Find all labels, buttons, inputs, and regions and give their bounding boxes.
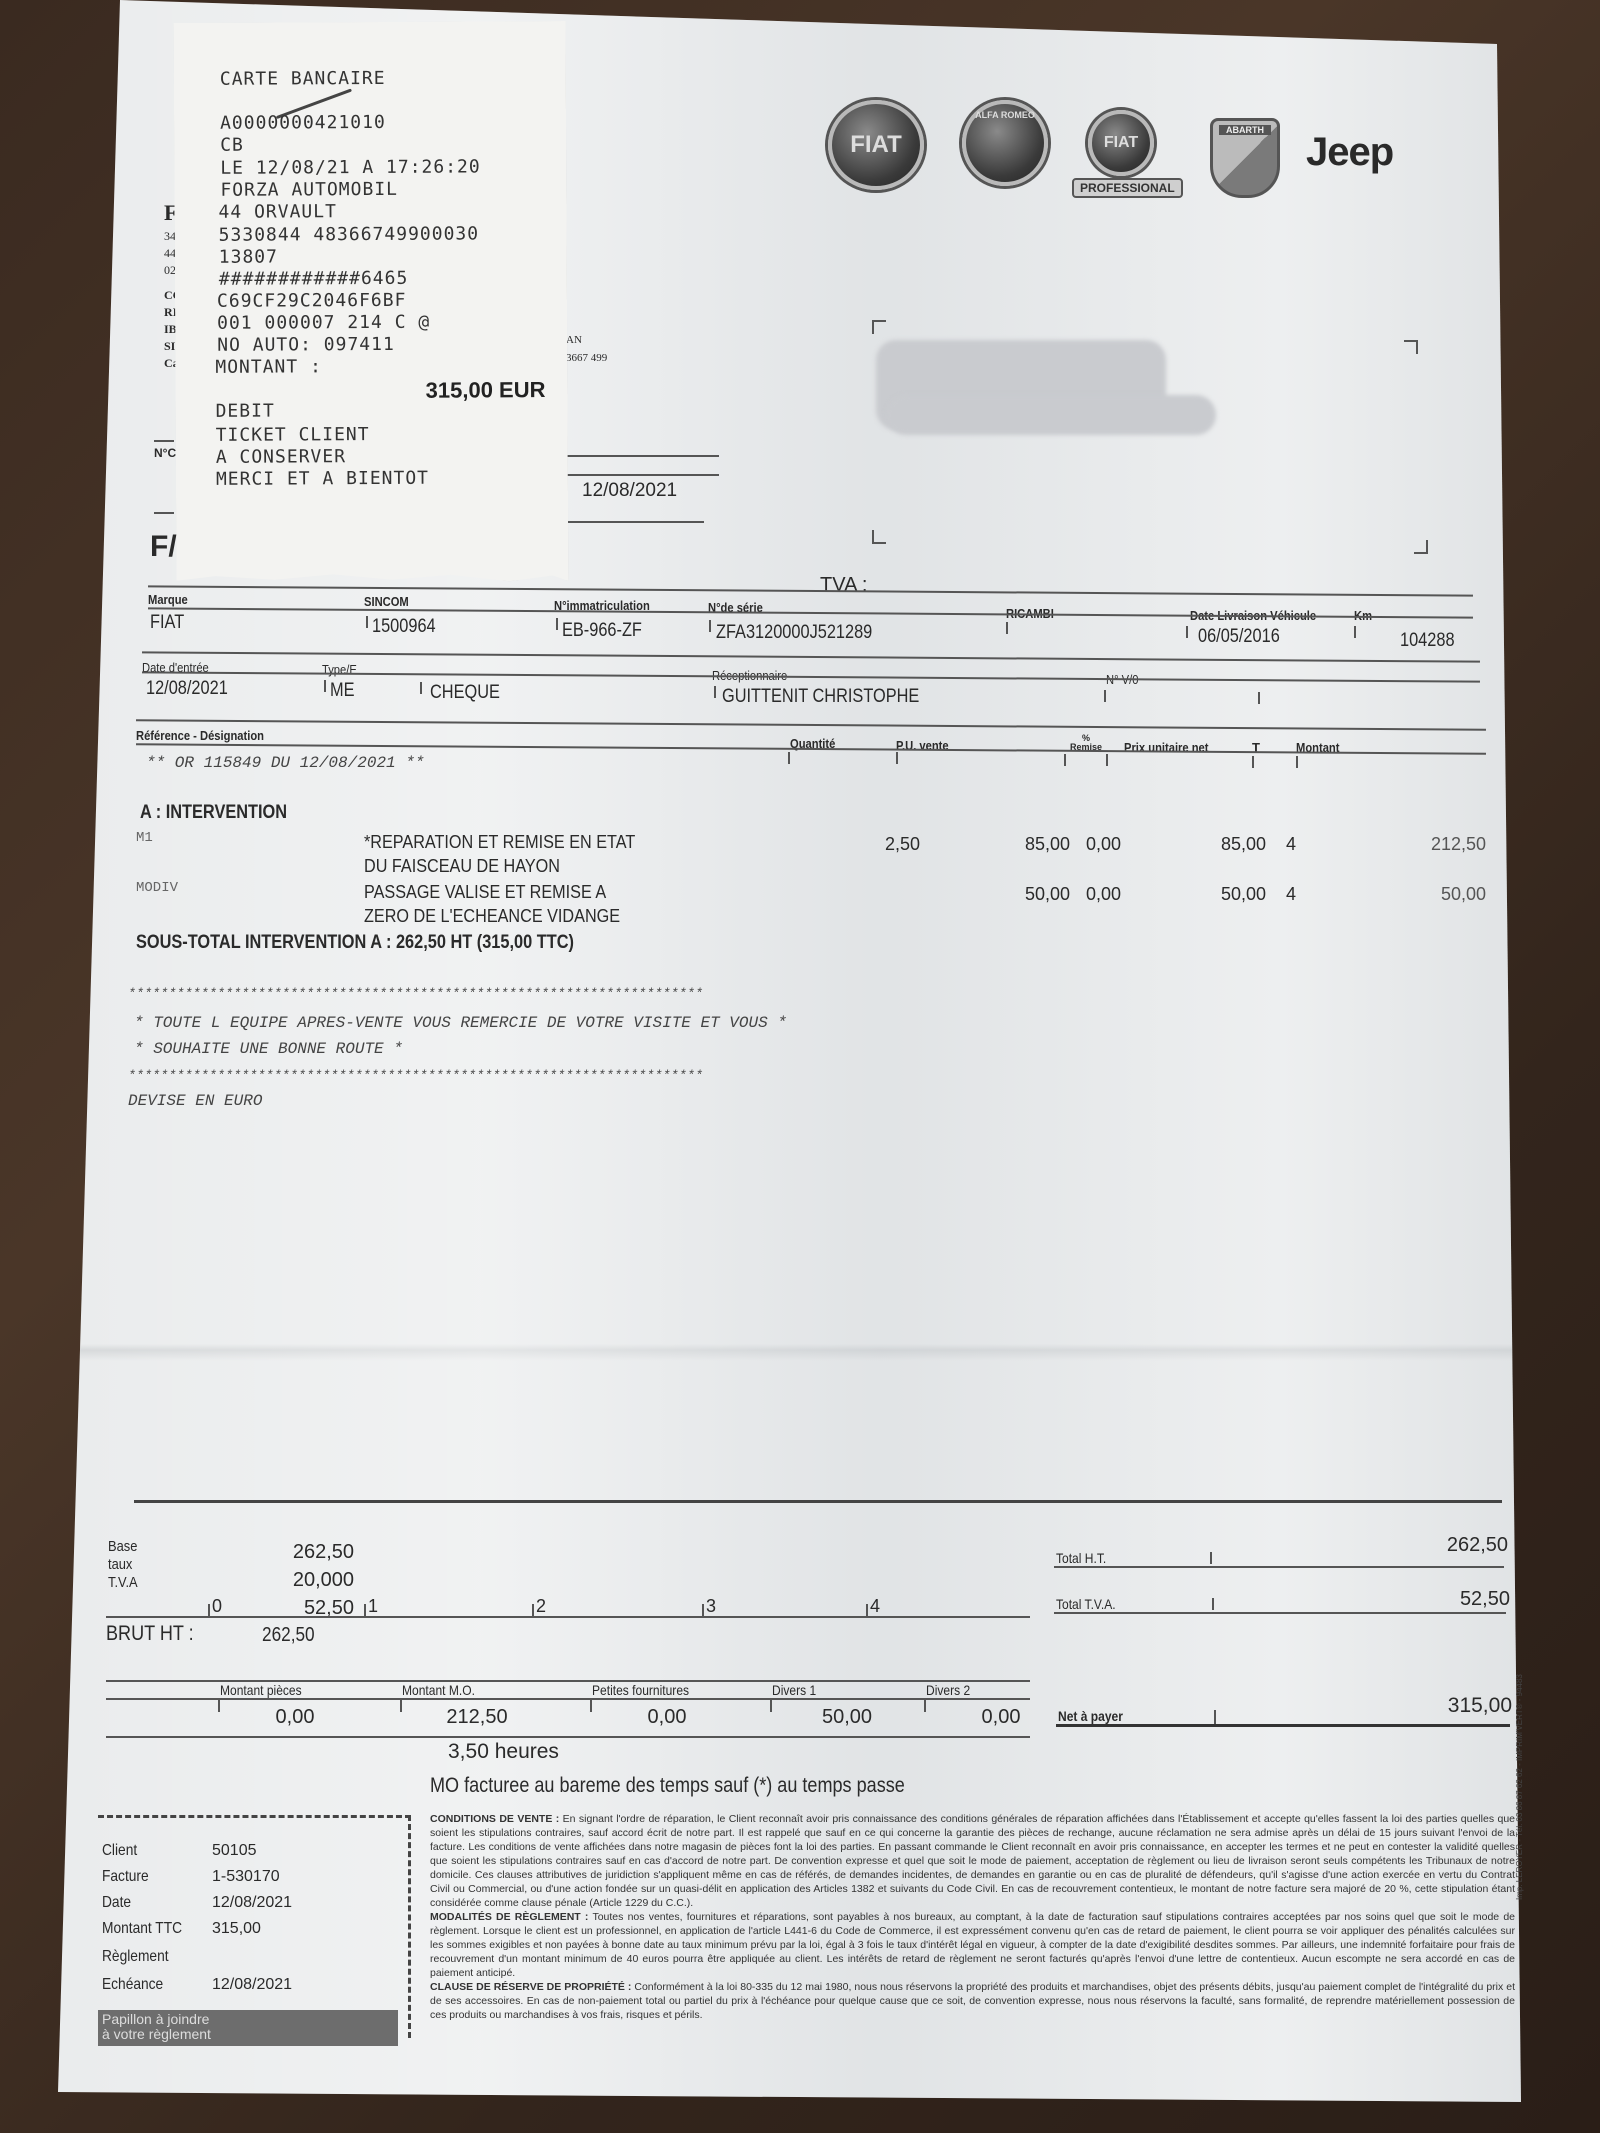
vehicle-marque: FIAT — [150, 612, 190, 634]
field-tick — [1186, 626, 1188, 638]
address-window-corner — [1414, 540, 1428, 554]
card-receipt: CARTE BANCAIRE A0000000421010 CB LE 12/0… — [174, 21, 569, 583]
vat-column-label: 0 — [212, 1596, 222, 1617]
breakdown-label: Montant pièces — [220, 1682, 315, 1698]
divider — [544, 455, 719, 457]
mo-note: MO facturee au bareme des temps sauf (*)… — [430, 1774, 982, 1798]
vehicle-livraison: 06/05/2016 — [1198, 626, 1293, 648]
fiat-professional-logo: FIAT — [1088, 110, 1154, 176]
receipt-amount: 315,00 EUR — [426, 377, 546, 404]
invoice-date: 12/08/2021 — [582, 480, 677, 502]
field-tick — [324, 680, 326, 692]
order-reference: ** OR 115849 DU 12/08/2021 ** — [146, 754, 424, 772]
stars-bottom: ****************************************… — [128, 1068, 703, 1083]
alfa-romeo-logo: ALFA ROMEO — [962, 100, 1048, 186]
field-tick — [1210, 1552, 1212, 1564]
field-tick — [1212, 1598, 1214, 1610]
breakdown-label: Divers 1 — [772, 1682, 823, 1698]
field-tick — [420, 682, 422, 694]
vat-column-tick — [866, 1604, 868, 1616]
printer-note: Imp. LEROYER - Tél. 03 86 87 62 62 - IMP… — [1515, 1674, 1524, 1900]
receipt-amount-label: MONTANT : — [215, 356, 322, 378]
breakdown-value: 0,00 — [946, 1706, 1056, 1729]
vat-column-tick — [364, 1604, 366, 1616]
line-desc: *REPARATION ET REMISE EN ETAT — [364, 832, 635, 853]
receipt-scheme: CB — [220, 135, 244, 156]
line-t: 4 — [1286, 884, 1296, 905]
stub-band: Papillon à joindreà votre règlement — [98, 2010, 398, 2046]
address-window-corner — [872, 320, 886, 334]
field-tick — [1214, 1710, 1216, 1724]
abarth-logo: ABARTH — [1210, 118, 1280, 198]
divider — [154, 512, 174, 514]
divider — [134, 1500, 1502, 1503]
divider — [106, 1736, 1030, 1738]
breakdown-value: 50,00 — [792, 1706, 902, 1729]
field-tick — [1296, 756, 1298, 768]
receipt-city: 44 ORVAULT — [218, 201, 336, 223]
field-tick — [366, 616, 368, 628]
receipt-title: CARTE BANCAIRE — [220, 68, 386, 90]
order-number-label: N°C — [154, 446, 176, 460]
breakdown-label: Montant M.O. — [402, 1682, 487, 1698]
total-ht-value: 262,50 — [1420, 1534, 1508, 1557]
line-desc: ZERO DE L'ECHEANCE VIDANGE — [364, 906, 620, 927]
vat-column-tick — [208, 1604, 210, 1616]
entry-type: ME — [330, 680, 359, 702]
line-remise: 0,00 — [1086, 834, 1121, 855]
receipt-13807: 13807 — [219, 246, 278, 267]
field-tick — [590, 1700, 592, 1712]
line-pu: 50,00 — [1010, 884, 1070, 905]
total-tva-value: 52,50 — [1420, 1588, 1510, 1611]
line-net: 85,00 — [1196, 834, 1266, 855]
receipt-auth: NO AUTO: 097411 — [217, 334, 395, 356]
breakdown-value: 0,00 — [240, 1706, 350, 1729]
vehicle-serie: ZFA3120000J521289 — [716, 622, 898, 644]
vat-column-label: 4 — [870, 1596, 880, 1617]
divider — [1054, 1612, 1506, 1614]
field-tick — [1064, 754, 1066, 766]
net-value: 315,00 — [1420, 1694, 1512, 1718]
line-remise: 0,00 — [1086, 884, 1121, 905]
field-tick — [714, 686, 716, 698]
receipt-merchant-ids: 5330844 48366749900030 — [219, 223, 480, 245]
vat-column-label: 1 — [368, 1596, 378, 1617]
vat-column-label: 3 — [706, 1596, 716, 1617]
fiat-logo: FIAT — [828, 100, 924, 190]
divider — [106, 1698, 1030, 1700]
vehicle-sincom: 1500964 — [372, 616, 446, 638]
line-code: M1 — [136, 830, 153, 846]
line-montant: 212,50 — [1420, 834, 1486, 855]
vat-values: 262,50 20,000 52,50 — [284, 1538, 354, 1622]
tva-label: TVA : — [820, 574, 867, 597]
stars-top: ****************************************… — [128, 986, 703, 1001]
receipt-type: DEBIT — [216, 401, 275, 422]
line-net: 50,00 — [1196, 884, 1266, 905]
vat-axis — [106, 1616, 1030, 1618]
payment-stub: Client50105 Facture1-530170 Date12/08/20… — [98, 1815, 411, 2038]
subtotal: SOUS-TOTAL INTERVENTION A : 262,50 HT (3… — [136, 932, 645, 954]
field-tick — [770, 1700, 772, 1712]
col-reference: Référence - Désignation — [136, 728, 285, 743]
receipt-footer-3: MERCI ET A BIENTOT — [216, 468, 429, 490]
vehicle-km: 104288 — [1400, 630, 1463, 652]
thanks-line-1: * TOUTE L EQUIPE APRES-VENTE VOUS REMERC… — [134, 1014, 787, 1032]
receipt-card: ############6465 — [219, 268, 408, 290]
stub-reglement: Règlement — [102, 1948, 212, 1966]
vat-column-label: 2 — [536, 1596, 546, 1617]
currency-note: DEVISE EN EURO — [128, 1092, 262, 1110]
line-qty: 2,50 — [860, 834, 920, 855]
entry-payment: CHEQUE — [430, 682, 511, 704]
address-partial-an: AN — [566, 334, 582, 346]
total-tva-label: Total T.V.A. — [1056, 1596, 1125, 1612]
terms-and-conditions: CONDITIONS DE VENTE : En signant l'ordre… — [430, 1812, 1515, 2022]
divider — [1056, 1724, 1510, 1727]
divider — [154, 440, 174, 442]
stub-echeance: Echéance12/08/2021 — [102, 1976, 292, 1994]
total-ht-label: Total H.T. — [1056, 1550, 1114, 1566]
line-code: MODIV — [136, 880, 178, 896]
field-tick — [924, 1700, 926, 1712]
brut-ht-label: BRUT HT : — [106, 1622, 208, 1646]
receipt-footer-2: A CONSERVER — [216, 446, 346, 468]
document-title: F/ — [150, 530, 177, 564]
receipt-transaction: 001 000007 214 C @ — [217, 312, 430, 334]
thanks-line-2: * SOUHAITE UNE BONNE ROUTE * — [134, 1040, 403, 1058]
field-tick — [1252, 756, 1254, 768]
field-tick — [556, 618, 558, 630]
breakdown-label: Petites fournitures — [592, 1682, 705, 1698]
field-tick — [1258, 692, 1260, 704]
field-tick — [1006, 622, 1008, 634]
jeep-logo: Jeep — [1306, 130, 1393, 175]
stub-facture: Facture1-530170 — [102, 1868, 280, 1886]
field-tick — [1354, 626, 1356, 638]
field-tick — [400, 1700, 402, 1712]
stub-date: Date12/08/2021 — [102, 1894, 292, 1912]
brut-ht-value: 262,50 — [262, 1624, 323, 1647]
field-tick — [896, 752, 898, 764]
vat-column-tick — [702, 1604, 704, 1616]
line-desc: DU FAISCEAU DE HAYON — [364, 856, 560, 877]
entry-receptionnaire: GUITTENIT CHRISTOPHE — [722, 686, 951, 708]
field-tick — [1106, 754, 1108, 766]
field-tick — [1104, 690, 1106, 702]
line-montant: 50,00 — [1420, 884, 1486, 905]
field-tick — [788, 752, 790, 764]
divider — [544, 474, 719, 476]
redacted-address — [886, 395, 1216, 435]
label-marque: Marque — [148, 592, 194, 607]
label-sincom: SINCOM — [364, 594, 416, 609]
address-partial-number: 3667 499 — [566, 352, 607, 364]
section-title: A : INTERVENTION — [140, 802, 311, 824]
receipt-crypto: C69CF29C2046F6BF — [217, 290, 406, 312]
vat-column-tick — [532, 1604, 534, 1616]
receipt-aid: A0000000421010 — [220, 112, 386, 134]
vehicle-immat: EB-966-ZF — [562, 620, 655, 642]
breakdown-value: 0,00 — [612, 1706, 722, 1729]
receipt-footer-1: TICKET CLIENT — [216, 424, 370, 446]
address-window-corner — [1404, 340, 1418, 354]
breakdown-label: Divers 2 — [926, 1682, 977, 1698]
entry-date: 12/08/2021 — [146, 678, 241, 700]
stub-montant: Montant TTC315,00 — [102, 1920, 261, 1938]
field-tick — [218, 1700, 220, 1712]
stub-client: Client50105 — [102, 1842, 257, 1860]
field-tick — [709, 620, 711, 632]
breakdown-value: 212,50 — [422, 1706, 532, 1729]
line-pu: 85,00 — [1010, 834, 1070, 855]
net-label: Net à payer — [1058, 1708, 1133, 1724]
professional-badge: PROFESSIONAL — [1072, 178, 1183, 198]
hours: 3,50 heures — [448, 1740, 559, 1764]
line-desc: PASSAGE VALISE ET REMISE A — [364, 882, 606, 903]
divider — [1054, 1566, 1504, 1568]
line-t: 4 — [1286, 834, 1296, 855]
address-window-corner — [872, 530, 886, 544]
receipt-merchant: FORZA AUTOMOBIL — [220, 179, 398, 201]
receipt-datetime: LE 12/08/21 A 17:26:20 — [220, 156, 481, 178]
vat-labels: Base taux T.V.A — [108, 1538, 142, 1592]
